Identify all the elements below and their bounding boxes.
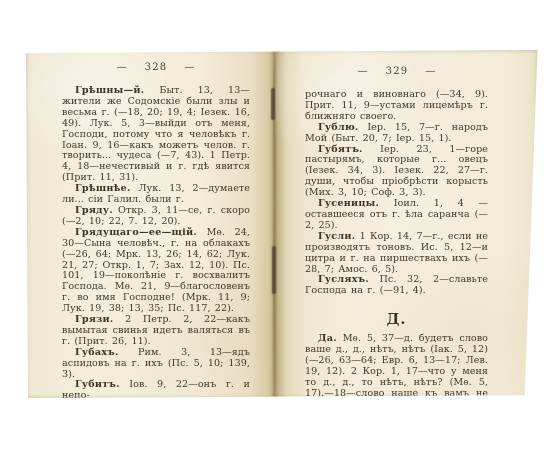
dictionary-entry: Грѣшны—й. Быт. 13, 13—жители же Содомскі… (62, 86, 250, 184)
entry-headword: Гублю. (318, 122, 359, 133)
text-column-right: рочнаго и виновнаго (—34, 9). Прит. 11, … (305, 90, 488, 411)
dictionary-entry: Грязи. 2 Петр. 2, 22—какъ вымытая свинья… (62, 315, 250, 348)
page-number-right: 329 (386, 66, 409, 77)
dictionary-entry: Грѣшнѣе. Лук. 13, 2—думаете ли... сіи Га… (62, 184, 250, 206)
entry-headword: Грѣшнѣе. (75, 183, 131, 194)
text-column-left: Грѣшны—й. Быт. 13, 13—жители же Содомскі… (62, 86, 250, 402)
dictionary-entry: Гусли. 1 Кор. 14, 7—г., если не производ… (305, 232, 488, 276)
dictionary-entry: Губахъ. Рим. 3, 13—ядъ аспидовъ на г. их… (62, 348, 250, 381)
dictionary-entry: Губитъ. Іов. 9, 22—онъ г. и непо- (62, 380, 250, 402)
photo-background: — 328 — Грѣшны—й. Быт. 13, 13—жители же … (0, 0, 550, 450)
entry-headword: Да. (318, 333, 337, 344)
dictionary-entry: Грядущаго—ее—щій. Мѳ. 24, 30—Сына человѣ… (62, 228, 250, 315)
header-dash: — (184, 62, 195, 73)
entry-headword: Губахъ. (75, 347, 119, 358)
entry-headword: Губятъ. (318, 144, 363, 155)
section-heading-d: Д. (305, 312, 488, 327)
page-number-left: 328 (145, 62, 168, 73)
page-header-right: — 329 — (305, 66, 489, 77)
entry-body: Мѳ. 24, 30—Сына человѣч., г. на облакахъ… (62, 227, 250, 314)
entry-headword: Губитъ. (75, 379, 120, 390)
open-book: — 328 — Грѣшны—й. Быт. 13, 13—жители же … (26, 50, 538, 398)
page-header-left: — 328 — (62, 62, 250, 73)
header-dash: — (425, 66, 436, 77)
entry-headword: Грядущаго—ее—щій. (75, 227, 197, 238)
entry-headword: Грѣшны—й. (75, 85, 144, 96)
continuation-paragraph: рочнаго и виновнаго (—34, 9). Прит. 11, … (305, 90, 488, 123)
entry-headword: Гряду. (75, 205, 113, 216)
dictionary-entry: Гряду. Откр. 3, 11—се, г. скоро (—2, 10;… (62, 206, 250, 228)
entry-body: Быт. 13, 13—жители же Содомскіе были злы… (62, 85, 250, 183)
entry-body: Мѳ. 5, 37—д. будетъ слово ваше д., д., н… (305, 333, 488, 409)
page-right: — 329 — рочнаго и виновнаго (—34, 9). Пр… (275, 50, 538, 398)
page-left: — 328 — Грѣшны—й. Быт. 13, 13—жители же … (26, 50, 275, 398)
header-dash: — (116, 62, 127, 73)
dictionary-entry: Гусляхъ. Пс. 32, 2—славьте Господа на г.… (305, 275, 488, 297)
entry-headword: Гусеницы. (318, 198, 379, 209)
dictionary-entry: Да. Мѳ. 5, 37—д. будетъ слово ваше д., д… (305, 334, 488, 410)
dictionary-entry: Гусеницы. Іоил. 1, 4 — оставшееся отъ г.… (305, 199, 488, 232)
header-dash: — (357, 66, 368, 77)
entry-headword: Грязи. (75, 314, 114, 325)
dictionary-entry: Губятъ. Іер. 23, 1—горе пастырямъ, котор… (305, 145, 488, 200)
binding-thread-mark (272, 246, 276, 294)
entry-headword: Гусляхъ. (318, 274, 369, 285)
entry-headword: Гусли. (318, 231, 355, 242)
dictionary-entry: Гублю. Іер. 15, 7—г. народъ Мой (Быт. 20… (305, 123, 488, 145)
entry-body: рочнаго и виновнаго (—34, 9). Прит. 11, … (305, 89, 488, 122)
binding-thread-mark (271, 88, 275, 120)
